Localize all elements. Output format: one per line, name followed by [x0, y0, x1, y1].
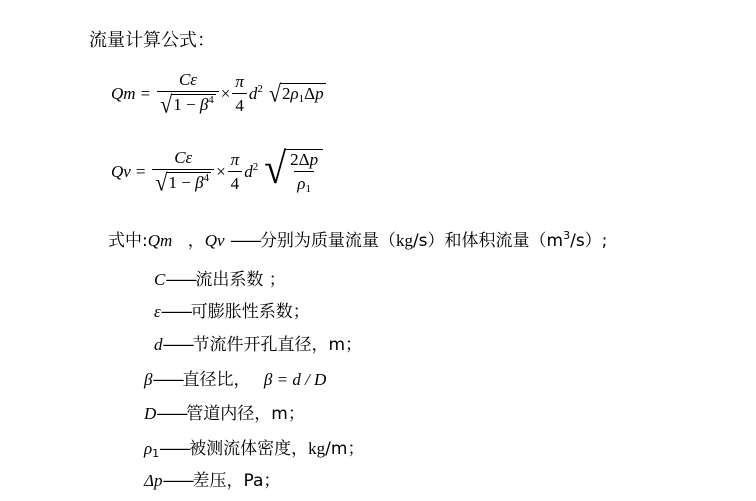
numerator: Cε [176, 70, 200, 91]
var-c: C——流出系数 ； [154, 265, 286, 290]
var-rho: ρ1——被测流体密度，kg/m； [144, 434, 364, 459]
sqrt-2dp-over-rho: √ 2Δp ρ1 [264, 149, 323, 194]
equals-sign: = [136, 162, 146, 182]
sqrt-one-minus-beta4: √ 1 − β4 [160, 94, 216, 116]
sqrt-2-rho-dp: √ 2ρ1Δp [269, 83, 326, 105]
formula-volume-flow: Qv = Cε √ 1 − β4 × π 4 d2 √ 2Δp ρ1 [111, 148, 323, 195]
fraction-pi-over-4: π 4 [232, 72, 247, 116]
qv-lhs: Qv [111, 162, 131, 182]
radical-icon: √ [160, 93, 172, 117]
var-epsilon: ε——可膨胀性系数； [154, 297, 310, 322]
d-squared: d2 [244, 162, 258, 182]
qm-lhs: Qm [111, 84, 136, 104]
page-heading: 流量计算公式： [89, 26, 215, 52]
fraction-c-epsilon: Cε √ 1 − β4 [157, 70, 219, 117]
radical-icon: √ [269, 81, 281, 105]
times-sign: × [216, 162, 226, 182]
var-delta-p: Δp——差压，Pa； [144, 466, 280, 491]
equals-sign: = [141, 84, 151, 104]
sqrt-one-minus-beta4: √ 1 − β4 [155, 172, 211, 194]
legend-intro: 式中:Qm ，Qv ——分别为质量流量（kg/s）和体积流量（m3/s）; [108, 226, 607, 251]
denominator: √ 1 − β4 [157, 91, 219, 117]
fraction-c-epsilon: Cε √ 1 − β4 [152, 148, 214, 195]
radical-icon: √ [264, 147, 286, 197]
fraction-pi-over-4: π 4 [228, 150, 243, 194]
radical-icon: √ [155, 171, 167, 195]
var-d: d——节流件开孔直径，m； [154, 330, 362, 355]
var-D: D——管道内径，m； [144, 399, 305, 424]
var-beta: β——直径比， β = d / D [144, 365, 326, 390]
d-squared: d2 [249, 84, 263, 104]
formula-mass-flow: Qm = Cε √ 1 − β4 × π 4 d2 √ 2ρ1Δp [111, 70, 326, 117]
times-sign: × [221, 84, 231, 104]
